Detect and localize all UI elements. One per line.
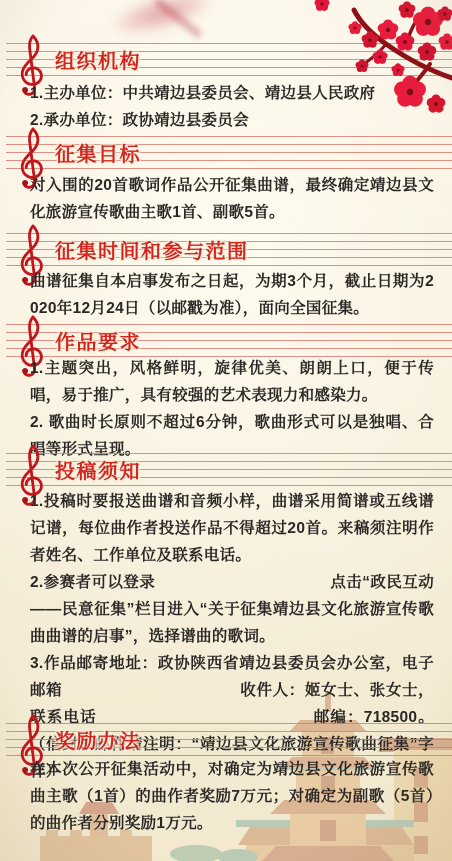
section-time-and-scope: 征集时间和参与范围 曲谱征集自本启事发布之日起，为期3个月，截止日期为2020年… xyxy=(0,233,452,322)
section-work-requirements: 作品要求 1.主题突出，风格鲜明，旋律优美、朗朗上口，便于传唱，易于推广，具有较… xyxy=(0,324,452,463)
section-title: 作品要求 xyxy=(55,326,141,355)
poster: 组织机构 1.主办单位：中共靖边县委员会、靖边县人民政府 2.承办单位：政协靖边… xyxy=(0,0,452,861)
paragraph: 1.主题突出，风格鲜明，旋律优美、朗朗上口，便于传唱，易于推广，具有较强的艺术表… xyxy=(30,355,434,409)
section-title: 组织机构 xyxy=(55,45,141,74)
paragraph: 1.投稿时要报送曲谱和音频小样，曲谱采用简谱或五线谱记谱，每位曲作者投送作品不得… xyxy=(30,488,434,569)
paragraph: 对入围的20首歌词作品公开征集曲谱，最终确定靖边县文化旅游宣传歌曲主歌1首、副歌… xyxy=(30,172,434,226)
paragraph: 2.参赛者可以登录 点击“政民互动——民意征集”栏目进入“关于征集靖边县文化旅游… xyxy=(30,569,434,650)
section-rewards: 奖励办法 在本次公开征集活动中，对确定为靖边县文化旅游宣传歌曲主歌（1首）的曲作… xyxy=(0,723,452,837)
section-goal: 征集目标 对入围的20首歌词作品公开征集曲谱，最终确定靖边县文化旅游宣传歌曲主歌… xyxy=(0,136,452,226)
plum-blossom-branch xyxy=(310,0,452,128)
section-title: 投稿须知 xyxy=(55,455,141,484)
section-title: 奖励办法 xyxy=(55,725,141,754)
paragraph: 曲谱征集自本启事发布之日起，为期3个月，截止日期为2020年12月24日（以邮戳… xyxy=(30,268,434,322)
section-title: 征集目标 xyxy=(55,138,141,167)
section-title: 征集时间和参与范围 xyxy=(55,235,249,264)
paragraph: 在本次公开征集活动中，对确定为靖边县文化旅游宣传歌曲主歌（1首）的曲作者奖励7万… xyxy=(30,756,434,837)
